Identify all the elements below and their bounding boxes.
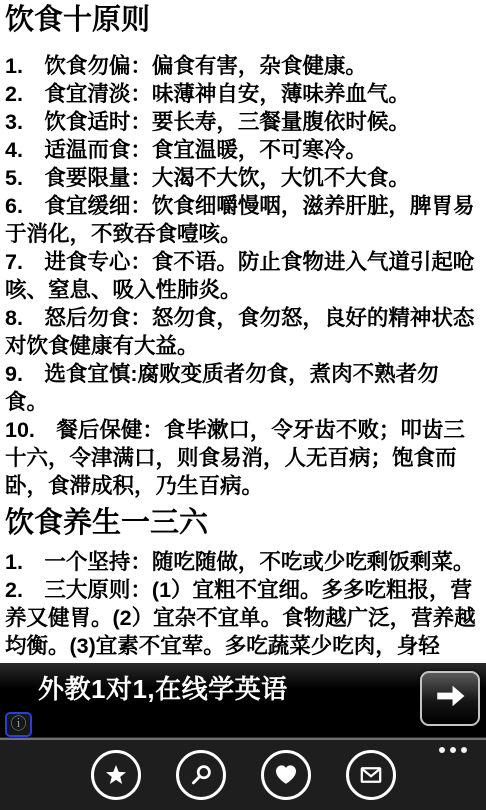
email-button[interactable] — [346, 750, 396, 800]
heart-icon — [266, 755, 306, 795]
like-button[interactable] — [261, 750, 311, 800]
list-item: 1. 一个坚持：随吃随做，不吃或少吃剩饭剩菜。 — [5, 548, 479, 576]
list-item: 9. 选食宜慎:腐败变质者勿食，煮肉不熟者勿食。 — [5, 360, 479, 416]
list-item: 10. 餐后保健：食毕漱口，令牙齿不败；叩齿三十六，令津满口，则食易消，人无百病… — [5, 416, 479, 500]
app-bar — [0, 740, 486, 810]
list-item: 5. 食要限量：大渴不大饮，大饥不大食。 — [5, 164, 479, 192]
ad-arrow-button[interactable] — [420, 671, 480, 726]
list-item: 2. 三大原则：(1）宜粗不宜细。多多吃粗报，营养又健胃。(2）宜杂不宜单。食物… — [5, 576, 479, 660]
ad-text[interactable]: 外教1对1,在线学英语 — [38, 669, 288, 706]
list-item: 8. 怒后勿食：怒勿食，食勿怒，良好的精神状态对饮食健康有大益。 — [5, 304, 479, 360]
arrow-right-icon — [431, 679, 469, 718]
search-icon — [181, 755, 221, 795]
list-item: 6. 食宜缓细：饮食细嚼慢咽，滋养肝脏，脾胃易于消化，不致吞食噎咳。 — [5, 192, 479, 248]
phone-screen: { "colors": { "page_bg": "#ffffff", "tex… — [0, 0, 486, 810]
ad-banner[interactable]: 外教1对1,在线学英语 ⓘ — [0, 663, 486, 738]
ad-info-icon[interactable]: ⓘ — [5, 712, 32, 737]
envelope-icon — [351, 755, 391, 795]
app-bar-buttons — [0, 750, 486, 800]
favorite-button[interactable] — [91, 750, 141, 800]
star-icon — [96, 755, 136, 795]
search-button[interactable] — [176, 750, 226, 800]
list-item: 7. 进食专心：食不语。防止食物进入气道引起呛咳、窒息、吸入性肺炎。 — [5, 248, 479, 304]
list-item: 2. 食宜清淡：味薄神自安，薄味养血气。 — [5, 80, 479, 108]
section-title-2: 饮食养生一三六 — [5, 506, 479, 540]
list-item: 1. 饮食勿偏：偏食有害，杂食健康。 — [5, 52, 479, 80]
list-item: 4. 适温而食：食宜温暖，不可寒冷。 — [5, 136, 479, 164]
list-item: 3. 饮食适时：要长寿，三餐量腹依时候。 — [5, 108, 479, 136]
section-title-1: 饮食十原则 — [5, 2, 479, 38]
